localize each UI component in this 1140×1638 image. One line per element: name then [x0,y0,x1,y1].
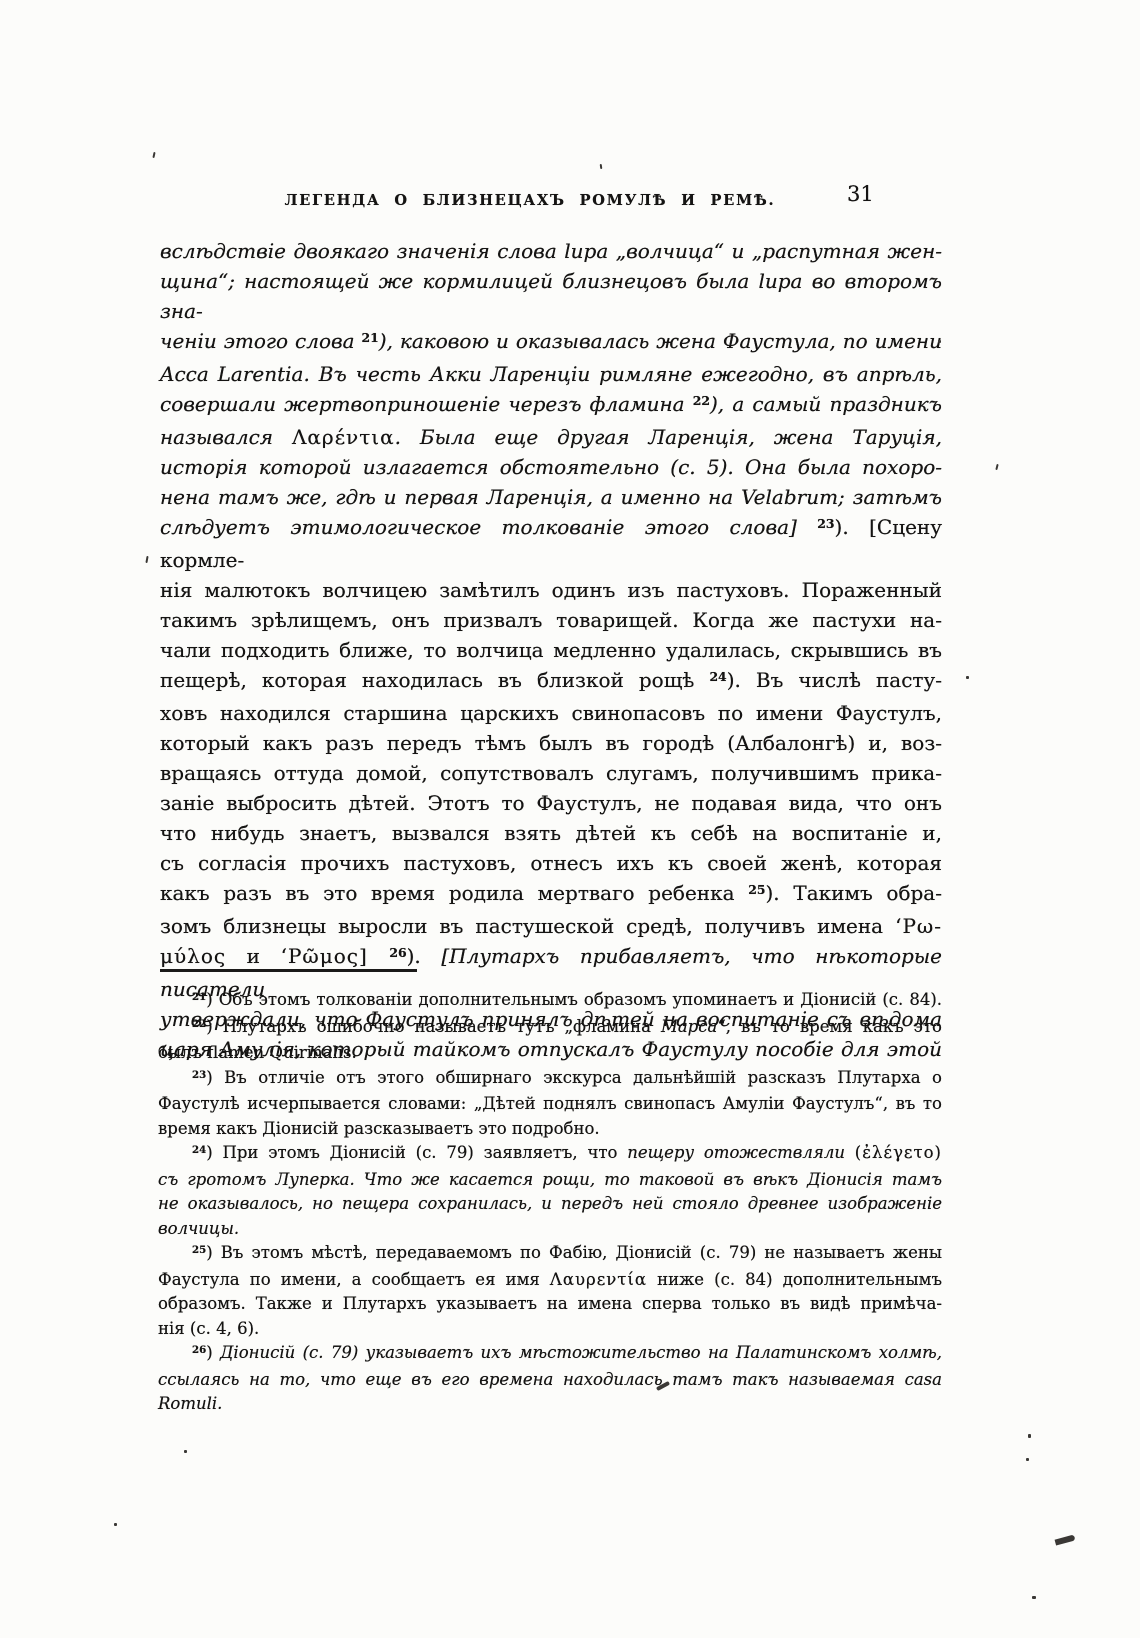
text-segment: ), каковою и оказывалась жена Фаустула, … [379,329,942,353]
footnote-marker: 25 [192,1244,206,1256]
text-segment: что нибудь знаетъ, вызвался взять дѣтей … [160,821,942,845]
text-segment: Діонисій (с. 79) указываетъ ихъ мѣстожит… [220,1343,942,1362]
text-segment: образомъ. Также и Плутархъ указываетъ на… [158,1294,942,1313]
footnote-marker: 22 [192,1018,206,1030]
scan-speck [1026,1458,1029,1461]
text-segment: ниже (с. 84) дополнительнымъ [647,1270,942,1289]
text-line: не оказывалось, но пещера сохранилась, и… [158,1192,942,1217]
scan-speck [966,676,969,679]
footnote-marker: 23 [817,516,834,531]
text-segment: ) Въ отличіе отъ этого обширнаго экскурс… [206,1068,942,1087]
text-segment: съ согласія прочихъ пастуховъ, отнесъ их… [160,851,942,875]
text-segment: ) Плутархъ ошибочно называетъ тутъ „флам… [206,1017,661,1036]
text-segment: ), а самый праздникъ [710,392,942,416]
text-segment: вслѣдствіе двоякаго значенія слова lupa … [160,239,942,263]
text-line: пещерѣ, которая находилась въ близкой ро… [160,665,942,698]
text-segment: ) Объ этомъ толкованіи дополнительнымъ о… [206,990,942,1009]
text-line: какъ разъ въ это время родила мертваго р… [160,878,942,911]
scan-speck [1032,1596,1036,1599]
text-segment: заніе выбросить дѣтей. Этотъ то Фаустулъ… [160,791,942,815]
text-segment: совершали жертвоприношеніе черезъ фламин… [160,392,693,416]
text-line: Romuli. [158,1392,942,1417]
text-segment: ) [206,1343,220,1362]
text-segment: Romuli. [158,1394,222,1413]
text-segment: исторія которой излагается обстоятельно … [160,455,942,479]
text-line: заніе выбросить дѣтей. Этотъ то Фаустулъ… [160,788,942,818]
text-line: щина“; настоящей же кормилицей близнецов… [160,266,942,326]
page-header: ЛЕГЕНДА О БЛИЗНЕЦАХЪ РОМУЛѢ И РЕМѢ. [150,192,910,209]
text-segment: чали подходить ближе, то волчица медленн… [160,638,942,662]
text-line: ховъ находился старшина царскихъ свинопа… [160,698,942,728]
text-line: чали подходить ближе, то волчица медленн… [160,635,942,665]
footnote-marker: 25 [748,882,765,897]
text-segment: Фаустулѣ исчерпывается словами: „Дѣтей п… [158,1094,942,1113]
footnote-marker: 26 [389,945,406,960]
footnote-marker: 26 [192,1344,206,1356]
text-segment: съ гротомъ Луперка. Что же касается рощи… [158,1170,942,1189]
footnote-marker: 23 [192,1069,206,1081]
footnote-marker: 21 [192,991,206,1003]
text-segment: назывался [160,425,292,449]
page-number: 31 [847,182,874,206]
text-segment: вращаясь оттуда домой, сопутствовалъ слу… [160,761,942,785]
text-segment: нія (с. 4, 6). [158,1319,259,1338]
text-segment: ). Въ числѣ пасту- [727,668,942,692]
text-line: совершали жертвоприношеніе черезъ фламин… [160,389,942,422]
text-line: 23) Въ отличіе отъ этого обширнаго экску… [158,1066,942,1093]
scan-speck [995,464,998,470]
text-line: ссылаясь на то, что еще въ его времена н… [158,1368,942,1393]
text-segment: щина“; настоящей же кормилицей близнецов… [160,269,942,323]
text-segment: Марса [661,1017,717,1036]
text-segment: Acca Larentia. Въ честь Акки Ларенціи ри… [160,362,942,386]
text-line: нія (с. 4, 6). [158,1317,942,1342]
text-line: 22) Плутархъ ошибочно называетъ тутъ „фл… [158,1015,942,1042]
text-segment: “, въ то время какъ это [717,1017,942,1036]
text-line: ченіи этого слова 21), каковою и оказыва… [160,326,942,359]
text-segment: ). Такимъ обра- [766,881,942,905]
text-line: который какъ разъ передъ тѣмъ былъ въ го… [160,728,942,758]
text-segment: ченіи этого слова [160,329,362,353]
text-line: такимъ зрѣлищемъ, онъ призвалъ товарищей… [160,605,942,635]
footnote-marker: 21 [362,330,379,345]
text-line: время какъ Діонисій разсказываетъ это по… [158,1117,942,1142]
footnotes: 21) Объ этомъ толкованіи дополнительнымъ… [158,988,942,1417]
text-line: нія малютокъ волчицею замѣтилъ одинъ изъ… [160,575,942,605]
text-line: былъ flamen Quirinalis. [158,1041,942,1066]
text-segment: Λαρέντια [292,425,395,449]
text-segment: пещерѣ, которая находилась въ близкой ро… [160,668,709,692]
scan-speck [1028,1434,1031,1438]
text-line: слѣдуетъ этимологическое толкованіе этог… [160,512,942,575]
text-segment: время какъ Діонисій разсказываетъ это по… [158,1119,600,1138]
text-segment: ). [407,944,442,968]
text-line: Acca Larentia. Въ честь Акки Ларенціи ри… [160,359,942,389]
text-segment: пещеру отожествляли [627,1143,855,1162]
text-segment: волчицы. [158,1219,239,1238]
scan-speck [184,1450,187,1453]
footnote-marker: 22 [693,393,710,408]
text-line: образомъ. Также и Плутархъ указываетъ на… [158,1292,942,1317]
text-segment: (ἐλέγετο) [855,1143,942,1162]
text-segment: который какъ разъ передъ тѣмъ былъ въ го… [160,731,942,755]
text-segment: ‘Ρω- [895,914,942,938]
text-line: Фаустула по имени, а сообщаетъ ея имя Λα… [158,1268,942,1293]
text-segment: зомъ близнецы выросли въ пастушеской сре… [160,914,895,938]
text-line: 24) При этомъ Діонисій (с. 79) заявляетъ… [158,1141,942,1168]
text-segment: былъ flamen Quirinalis. [158,1043,357,1062]
footnote-marker: 24 [192,1144,206,1156]
text-line: вращаясь оттуда домой, сопутствовалъ слу… [160,758,942,788]
text-segment: Фаустула по имени, а сообщаетъ ея имя [158,1270,550,1289]
book-page: ЛЕГЕНДА О БЛИЗНЕЦАХЪ РОМУЛѢ И РЕМѢ. 31 в… [0,0,1140,1638]
scan-speck [1055,1535,1076,1546]
text-segment: такимъ зрѣлищемъ, онъ призвалъ товарищей… [160,608,942,632]
text-segment: . Была еще другая Ларенція, жена Таруція… [395,425,942,449]
text-segment: Λαυρεντία [550,1270,647,1289]
text-line: съ гротомъ Луперка. Что же касается рощи… [158,1168,942,1193]
body-text: вслѣдствіе двоякаго значенія слова lupa … [160,236,942,1064]
scan-speck [600,164,603,169]
text-segment: ) Въ этомъ мѣстѣ, передаваемомъ по Фабію… [206,1243,942,1262]
text-line: вслѣдствіе двоякаго значенія слова lupa … [160,236,942,266]
text-line: волчицы. [158,1217,942,1242]
text-line: нена тамъ же, гдѣ и первая Ларенція, а и… [160,482,942,512]
text-line: что нибудь знаетъ, вызвался взять дѣтей … [160,818,942,848]
footnote-separator [160,969,417,972]
scan-speck [152,152,155,158]
text-segment: и [226,944,281,968]
text-line: назывался Λαρέντια. Была еще другая Ларе… [160,422,942,452]
text-line: 25) Въ этомъ мѣстѣ, передаваемомъ по Фаб… [158,1241,942,1268]
scan-speck [938,340,941,343]
text-segment: слѣдуетъ этимологическое толкованіе этог… [160,515,817,539]
text-segment: нена тамъ же, гдѣ и первая Ларенція, а и… [160,485,942,509]
text-segment: нія малютокъ волчицею замѣтилъ одинъ изъ… [160,578,942,602]
text-segment: ) При этомъ Діонисій (с. 79) заявляетъ, … [206,1143,627,1162]
text-line: съ согласія прочихъ пастуховъ, отнесъ их… [160,848,942,878]
scan-speck [114,1523,117,1526]
text-segment: ссылаясь на то, что еще въ его времена н… [158,1370,942,1389]
text-line: исторія которой излагается обстоятельно … [160,452,942,482]
text-line: зомъ близнецы выросли въ пастушеской сре… [160,911,942,941]
text-segment: какъ разъ въ это время родила мертваго р… [160,881,748,905]
text-segment: μύλος [160,944,226,968]
text-line: 26) Діонисій (с. 79) указываетъ ихъ мѣст… [158,1341,942,1368]
text-line: Фаустулѣ исчерпывается словами: „Дѣтей п… [158,1092,942,1117]
text-line: 21) Объ этомъ толкованіи дополнительнымъ… [158,988,942,1015]
text-segment: ‘Ρῶμος] [281,944,390,968]
text-segment: не оказывалось, но пещера сохранилась, и… [158,1194,942,1213]
footnote-marker: 24 [709,669,726,684]
text-segment: ховъ находился старшина царскихъ свинопа… [160,701,942,725]
scan-speck [145,556,148,563]
